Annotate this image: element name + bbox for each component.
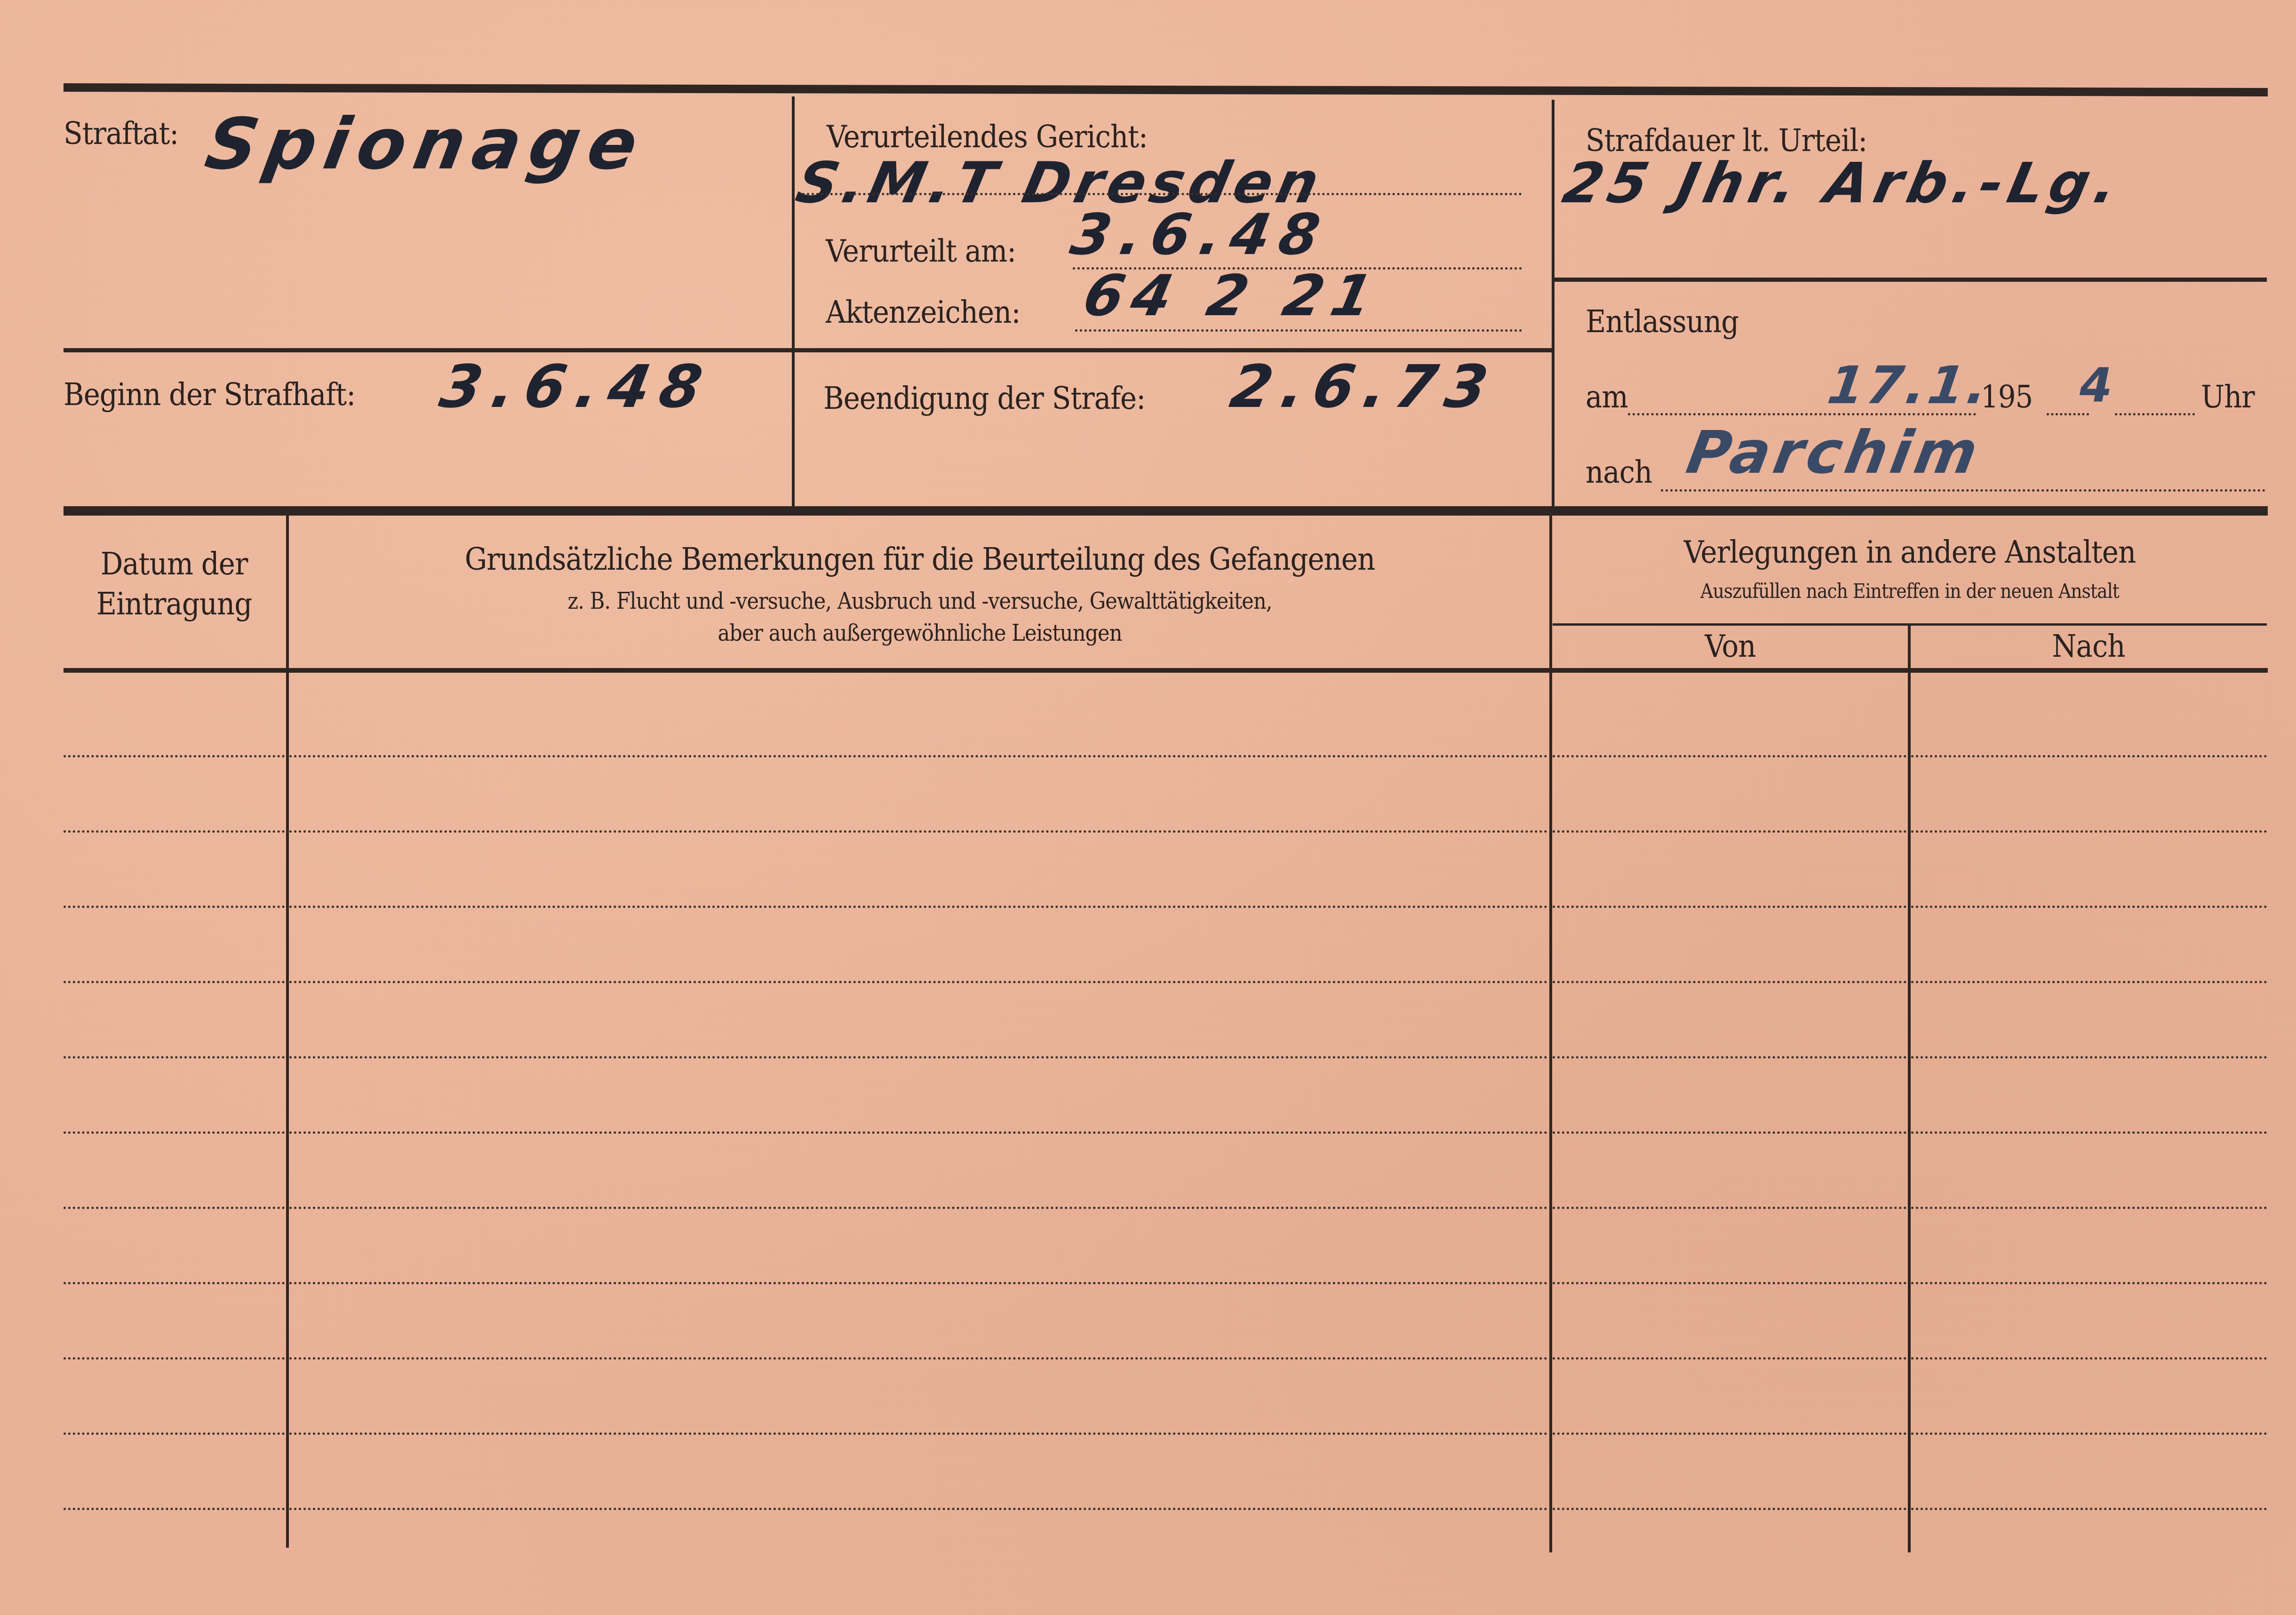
- rule-left-mid: [64, 348, 1553, 352]
- table-row-line[interactable]: [1911, 1508, 2267, 1510]
- table-row-line[interactable]: [64, 1357, 285, 1360]
- rule-right-mid: [1554, 278, 2267, 282]
- table-row-line[interactable]: [1553, 1056, 1906, 1058]
- top-rule: [64, 83, 2268, 96]
- strafdauer-value[interactable]: 25 Jhr. Arb.-Lg.: [1558, 151, 2129, 215]
- header-verlegungen-sub: Auszufüllen nach Eintreffen in der neuen…: [1553, 580, 2267, 603]
- straftat-value[interactable]: Spionage: [199, 103, 652, 185]
- entlassung-label: Entlassung: [1586, 303, 1738, 340]
- divider-2: [1552, 100, 1555, 510]
- table-row-line[interactable]: [64, 1056, 285, 1058]
- table-row-line[interactable]: [1553, 981, 1906, 983]
- table-row-line[interactable]: [289, 755, 1548, 757]
- table-row-line[interactable]: [289, 1508, 1548, 1510]
- table-row-line[interactable]: [1553, 830, 1906, 833]
- table-row-line[interactable]: [64, 1508, 285, 1510]
- table-row-line[interactable]: [289, 1282, 1548, 1284]
- table-row-line[interactable]: [289, 830, 1548, 833]
- am-label: am: [1586, 379, 1628, 415]
- table-row-line[interactable]: [64, 755, 285, 757]
- table-row-line[interactable]: [64, 1432, 285, 1435]
- nach-value[interactable]: Parchim: [1682, 419, 1986, 487]
- akten-label: Aktenzeichen:: [826, 294, 1020, 330]
- table-row-line[interactable]: [1911, 906, 2267, 908]
- table-row-line[interactable]: [1911, 1056, 2267, 1058]
- beginn-label: Beginn der Strafhaft:: [64, 376, 355, 413]
- table-row-line[interactable]: [1911, 981, 2267, 983]
- table-row-line[interactable]: [1553, 1508, 1906, 1510]
- table-row-line[interactable]: [1911, 1432, 2267, 1435]
- verurteilt-label: Verurteilt am:: [826, 233, 1016, 269]
- verurteilt-value[interactable]: 3.6.48: [1066, 202, 1334, 268]
- gericht-dots: [802, 193, 1522, 195]
- header-bemerkungen-title: Grundsätzliche Bemerkungen für die Beurt…: [289, 541, 1550, 577]
- table-row-line[interactable]: [289, 1432, 1548, 1435]
- table-header-rule: [64, 668, 2268, 673]
- table-row-line[interactable]: [289, 1357, 1548, 1360]
- table-row-line[interactable]: [64, 906, 285, 908]
- table-row-line[interactable]: [1553, 755, 1906, 757]
- akten-dots: [1075, 329, 1522, 332]
- gericht-label: Verurteilendes Gericht:: [827, 119, 1148, 155]
- table-row-line[interactable]: [1911, 755, 2267, 757]
- header-von: Von: [1553, 628, 1908, 664]
- year-prefix: 195: [1981, 379, 2033, 415]
- header-nach: Nach: [1910, 628, 2267, 664]
- table-row-line[interactable]: [289, 981, 1548, 983]
- beginn-value[interactable]: 3.6.48: [435, 353, 717, 421]
- straftat-label: Straftat:: [64, 115, 178, 151]
- akten-value[interactable]: 64 2 21: [1077, 263, 1387, 329]
- table-row-line[interactable]: [64, 1131, 285, 1134]
- table-row-line[interactable]: [64, 981, 285, 983]
- table-row-line[interactable]: [1911, 1131, 2267, 1134]
- uhr-dots: [2115, 413, 2195, 415]
- table-row-line[interactable]: [1553, 1432, 1906, 1435]
- year-dots: [2047, 413, 2089, 415]
- header-verlegungen-title: Verlegungen in andere Anstalten: [1553, 534, 2267, 570]
- beendigung-label: Beendigung der Strafe:: [823, 380, 1145, 416]
- header-bemerkungen-sub1: z. B. Flucht und -versuche, Ausbruch und…: [289, 588, 1550, 614]
- table-row-line[interactable]: [1911, 1282, 2267, 1284]
- table-row-line[interactable]: [1553, 1282, 1906, 1284]
- beendigung-value[interactable]: 2.6.73: [1225, 353, 1502, 421]
- header-datum-line1: Datum der: [64, 546, 285, 582]
- table-row-line[interactable]: [1553, 1357, 1906, 1360]
- nach-dots: [1661, 489, 2265, 492]
- verlegungen-sub-rule: [1553, 623, 2267, 626]
- table-divider-von-nach: [1908, 626, 1911, 1552]
- table-row-line[interactable]: [1911, 830, 2267, 833]
- nach-label: nach: [1586, 454, 1652, 490]
- table-row-line[interactable]: [1911, 1207, 2267, 1209]
- table-row-line[interactable]: [1553, 1131, 1906, 1134]
- table-row-line[interactable]: [64, 1207, 285, 1209]
- table-row-line[interactable]: [289, 906, 1548, 908]
- table-top-rule: [64, 506, 2268, 516]
- year-suffix[interactable]: 4: [2080, 358, 2113, 413]
- header-datum-line2: Eintragung: [64, 586, 285, 622]
- table-row-line[interactable]: [64, 1282, 285, 1284]
- entlassung-date-value[interactable]: 17.1.: [1824, 355, 1994, 415]
- uhr-label: Uhr: [2201, 379, 2255, 415]
- table-row-line[interactable]: [1911, 1357, 2267, 1360]
- divider-1: [792, 96, 795, 510]
- table-row-line[interactable]: [1553, 1207, 1906, 1209]
- table-row-line[interactable]: [289, 1131, 1548, 1134]
- table-row-line[interactable]: [289, 1207, 1548, 1209]
- table-row-line[interactable]: [289, 1056, 1548, 1058]
- table-row-line[interactable]: [1553, 906, 1906, 908]
- table-row-line[interactable]: [64, 830, 285, 833]
- header-bemerkungen-sub2: aber auch außergewöhnliche Leistungen: [289, 620, 1550, 646]
